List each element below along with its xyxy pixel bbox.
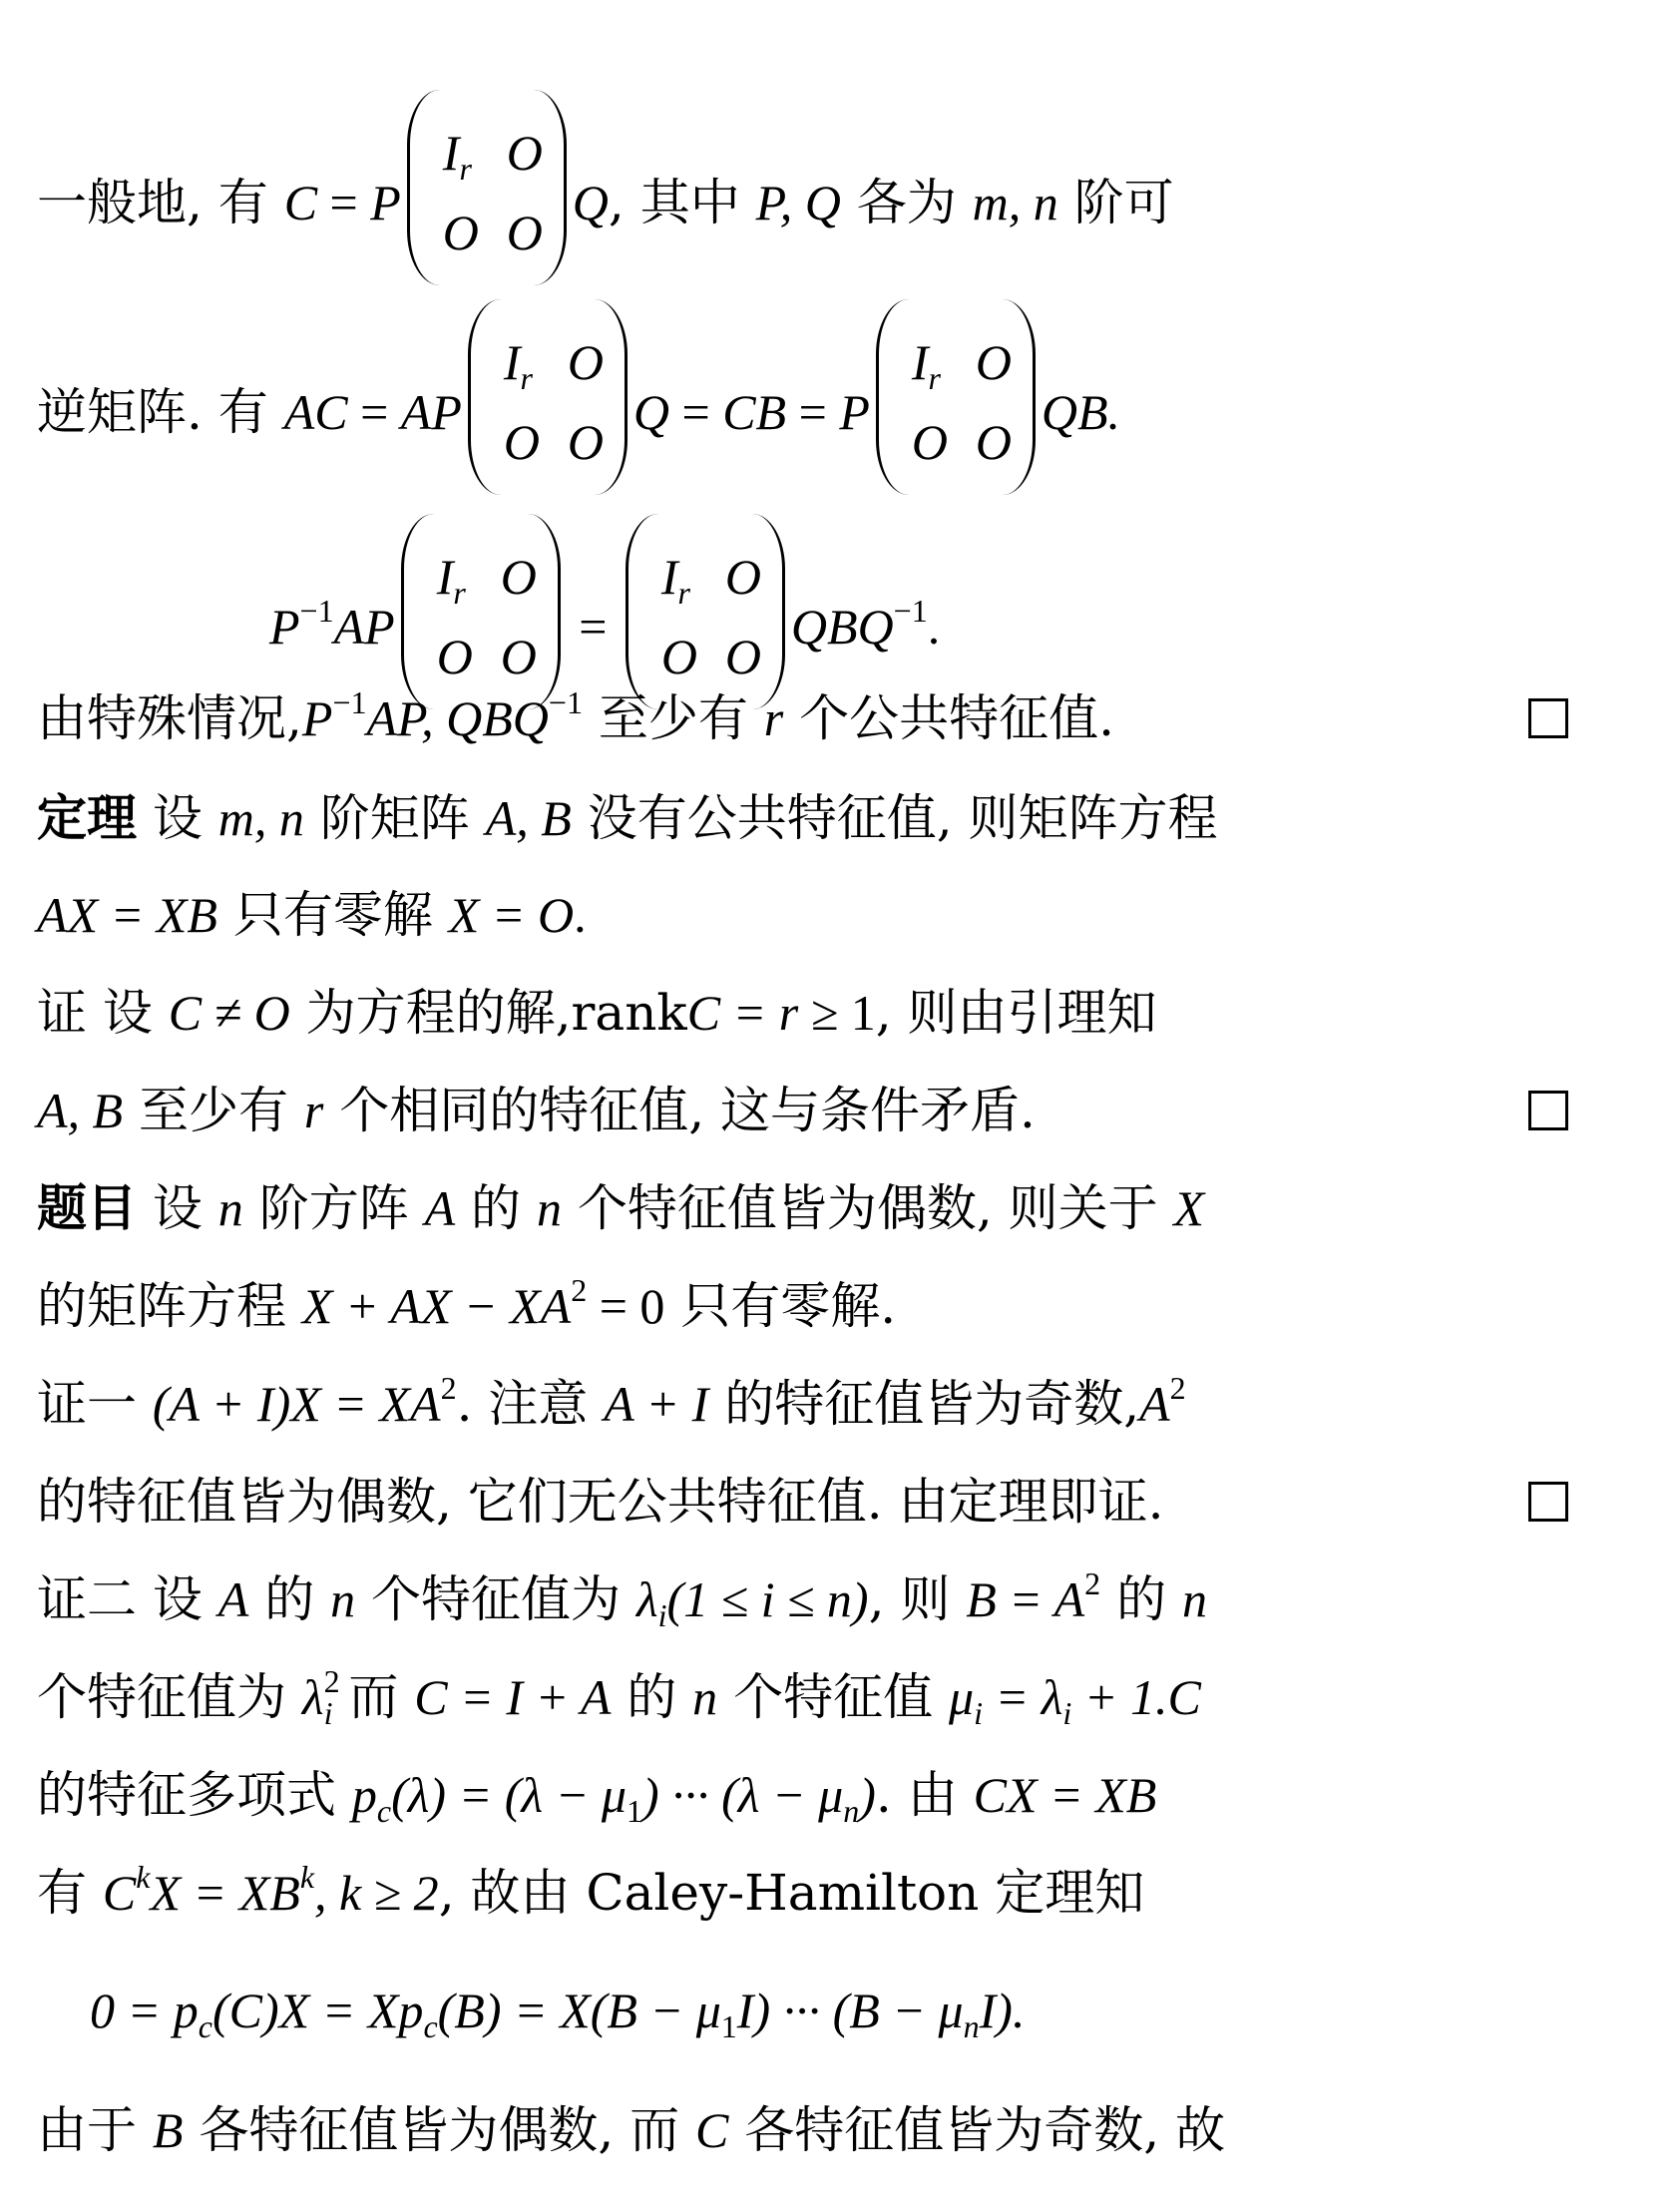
text: 只有零解: [217, 886, 449, 944]
text: 由特殊情况,: [37, 689, 302, 747]
math: AP: [401, 384, 462, 440]
math: A: [218, 1571, 249, 1627]
math: C = I + A: [414, 1669, 611, 1725]
text: .: [574, 887, 587, 943]
math: P: [839, 384, 870, 440]
math: n: [330, 1571, 355, 1627]
math: X = O: [449, 887, 574, 943]
math: C: [284, 175, 317, 230]
theorem-statement: 定理 设 m, n 阶矩阵 A, B 没有公共特征值, 则矩阵方程: [37, 788, 1217, 848]
math: X + AX − XA: [302, 1278, 571, 1334]
text: 的特征值皆为偶数, 它们无公共特征值. 由定理即证.: [37, 1473, 1163, 1531]
math: m, n: [218, 790, 304, 846]
proof-two-line-1: 证二 设 A 的 n 个特征值为 λi(1 ≤ i ≤ n), 则 B = A2…: [37, 1569, 1207, 1629]
text: 证 设: [37, 984, 169, 1042]
math: C: [103, 1865, 136, 1921]
math: −1: [332, 684, 366, 720]
math: =: [567, 599, 620, 655]
text: 设: [137, 1179, 218, 1237]
text: 的: [455, 1179, 537, 1237]
text: 由于: [37, 2101, 153, 2159]
matrix: IrOOO: [626, 514, 785, 713]
proof-one-line-1: 证一 (A + I)X = XA2. 注意 A + I 的特征值皆为奇数,A2: [37, 1374, 1186, 1434]
text: 的矩阵方程: [37, 1277, 302, 1335]
matrix-cell: Ir: [912, 337, 941, 387]
math: 2: [1170, 1370, 1186, 1406]
math: AX = XB: [37, 887, 217, 943]
math: CB: [722, 384, 786, 440]
proof-two-line-3: 的特征多项式 pc(λ) = (λ − μ1) ··· (λ − μn). 由 …: [37, 1765, 1156, 1825]
math: 2: [571, 1272, 587, 1308]
math: B = A: [966, 1571, 1084, 1627]
math: c: [199, 2008, 212, 2044]
math: p: [352, 1767, 377, 1823]
text: 的特征值皆为奇数,: [708, 1375, 1139, 1433]
proof-one-line-2: 的特征值皆为偶数, 它们无公共特征值. 由定理即证.: [37, 1472, 1163, 1532]
math: 1: [627, 1793, 642, 1829]
math: , k ≥ 2: [314, 1865, 439, 1921]
matrix: IrOOO: [407, 90, 567, 289]
left-paren: [468, 299, 501, 495]
text: 阶可: [1058, 174, 1174, 231]
text: 只有零解.: [664, 1277, 896, 1335]
math: A, B: [486, 790, 572, 846]
math: i: [974, 1695, 983, 1731]
text: 一般地, 有: [37, 174, 284, 231]
text: , 其中: [609, 174, 756, 231]
math: C ≠ O: [169, 985, 290, 1041]
math: 1: [851, 985, 876, 1041]
math: X = XB: [150, 1865, 299, 1921]
math: ) ··· (λ − μ: [642, 1767, 843, 1823]
text: 的: [248, 1570, 330, 1628]
math: P: [370, 175, 401, 230]
text: 证二 设: [37, 1570, 218, 1628]
math: .: [928, 599, 941, 655]
math: AC: [284, 384, 348, 440]
text: 的: [1100, 1570, 1182, 1628]
proof-line-2: A, B 至少有 r 个相同的特征值, 这与条件矛盾.: [37, 1081, 1036, 1140]
text-line-6: AX = XB 只有零解 X = O.: [37, 885, 587, 945]
display-equation-1: P−1APIrOOO = IrOOOQBQ−1.: [269, 514, 940, 713]
text: , 故由 Caley-Hamilton 定理知: [439, 1864, 1145, 1922]
text: 个特征值为: [37, 1668, 302, 1726]
text: 为方程的解,rank: [290, 984, 687, 1042]
matrix-cell: O: [437, 632, 473, 681]
matrix: IrOOO: [468, 299, 628, 499]
math: A: [425, 1180, 456, 1236]
math: AP: [334, 599, 395, 655]
math: μ: [949, 1669, 974, 1725]
math: n: [537, 1180, 562, 1236]
matrix: IrOOO: [876, 299, 1036, 499]
proof-two-line-5: 由于 B 各特征值皆为偶数, 而 C 各特征值皆为奇数, 故: [37, 2100, 1225, 2160]
display-equation-2: 0 = pc(C)X = Xpc(B) = X(B − μ1I) ··· (B …: [90, 1981, 1025, 2040]
math: −1: [894, 593, 928, 629]
math: 2: [1084, 1565, 1100, 1601]
qed-box-icon: [1528, 698, 1568, 738]
right-paren: [595, 299, 628, 495]
math: m, n: [973, 175, 1058, 230]
text: , 则: [869, 1570, 967, 1628]
text: 个特征值为: [355, 1570, 636, 1628]
left-paren: [407, 90, 440, 285]
math: Q: [633, 384, 669, 440]
matrix-cell: O: [443, 208, 479, 257]
left-paren: [626, 514, 658, 709]
math: B: [153, 2102, 184, 2158]
text: 而: [332, 1668, 414, 1726]
text-line-4: 由特殊情况,P−1AP, QBQ−1 至少有 r 个公共特征值.: [37, 688, 1114, 748]
qed-box-icon: [1528, 1091, 1568, 1130]
text: 设: [137, 789, 218, 847]
math: =: [317, 175, 370, 230]
left-paren: [876, 299, 909, 495]
math: 0 = p: [90, 1983, 199, 2038]
matrix-cell: Ir: [661, 552, 690, 602]
text: 各特征值皆为偶数, 而: [183, 2101, 695, 2159]
text: 各特征值皆为奇数, 故: [728, 2101, 1225, 2159]
matrix-cell: Ir: [437, 552, 466, 602]
math: =: [669, 384, 722, 440]
math: X: [1174, 1180, 1205, 1236]
matrix-cell: Ir: [443, 128, 472, 178]
text: 证一: [37, 1375, 153, 1433]
text: . 注意: [457, 1375, 605, 1433]
math: A + I: [604, 1376, 708, 1432]
text: , 则由引理知: [876, 984, 1157, 1042]
proof-two-line-2: 个特征值为 λ2i 而 C = I + A 的 n 个特征值 μi = λi +…: [37, 1667, 1201, 1727]
math: λ: [302, 1669, 324, 1725]
math: P, Q: [756, 175, 841, 230]
math: k: [300, 1859, 314, 1895]
math: −1: [549, 684, 583, 720]
math: Q: [573, 175, 609, 230]
text: 至少有: [583, 689, 764, 747]
problem-statement: 题目 设 n 阶方阵 A 的 n 个特征值皆为偶数, 则关于 X: [37, 1178, 1204, 1238]
math: r: [304, 1083, 323, 1138]
math: n: [1182, 1571, 1207, 1627]
math: QBQ: [791, 599, 894, 655]
math: −1: [300, 593, 334, 629]
math: C = r ≥: [687, 985, 851, 1041]
matrix-cell: O: [504, 417, 540, 467]
text: 个相同的特征值, 这与条件矛盾.: [323, 1082, 1036, 1139]
math: n: [218, 1180, 243, 1236]
math: P: [269, 599, 300, 655]
text: 阶矩阵: [304, 789, 486, 847]
math: + 1.C: [1071, 1669, 1201, 1725]
math: r: [764, 690, 783, 746]
math: (1 ≤ i ≤ n): [666, 1571, 868, 1627]
text: 阶方阵: [243, 1179, 425, 1237]
text: 有: [37, 1864, 103, 1922]
math: A: [1139, 1376, 1170, 1432]
right-paren: [528, 514, 561, 709]
math: (λ) = (λ − μ: [391, 1767, 627, 1823]
text: 的特征多项式: [37, 1766, 352, 1824]
math: A, B: [37, 1083, 123, 1138]
math: 2: [441, 1370, 457, 1406]
text-line-1: 一般地, 有 C = PIrOOOQ, 其中 P, Q 各为 m, n 阶可: [37, 90, 1174, 289]
text: 逆矩阵. 有: [37, 383, 284, 441]
math: I).: [980, 1983, 1026, 2038]
left-paren: [401, 514, 434, 709]
math: = 0: [587, 1278, 664, 1334]
math: c: [423, 2008, 437, 2044]
math: CX = XB: [974, 1767, 1157, 1823]
text: 个特征值: [717, 1668, 949, 1726]
math: C: [695, 2102, 728, 2158]
text: 的: [611, 1668, 692, 1726]
qed-box-icon: [1528, 1482, 1568, 1522]
math: n: [692, 1669, 717, 1725]
math: QB.: [1042, 384, 1120, 440]
text: 至少有: [123, 1082, 304, 1139]
proof-two-line-4: 有 CkX = XBk, k ≥ 2, 故由 Caley-Hamilton 定理…: [37, 1863, 1144, 1923]
math: = λ: [983, 1669, 1062, 1725]
math: P: [302, 690, 333, 746]
math: λ: [636, 1571, 658, 1627]
text: . 由: [876, 1766, 974, 1824]
problem-label: 题目: [37, 1179, 137, 1237]
matrix-cell: O: [661, 632, 697, 681]
text: 各为: [841, 174, 973, 231]
math: c: [377, 1793, 391, 1829]
math: n: [964, 2008, 980, 2044]
math: n: [843, 1793, 859, 1829]
right-paren: [1003, 299, 1036, 495]
math: =: [786, 384, 839, 440]
text-line-2: 逆矩阵. 有 AC = APIrOOOQ = CB = PIrOOOQB.: [37, 299, 1120, 499]
math: 1: [721, 2008, 737, 2044]
math: (A + I)X = XA: [153, 1376, 441, 1432]
right-paren: [534, 90, 567, 285]
matrix: IrOOO: [401, 514, 561, 713]
math: (B) = X(B − μ: [438, 1983, 721, 2038]
text: 没有公共特征值, 则矩阵方程: [572, 789, 1218, 847]
math: AP, QBQ: [367, 690, 549, 746]
right-paren: [752, 514, 785, 709]
math: i: [1062, 1695, 1071, 1731]
math: ): [859, 1767, 876, 1823]
math: k: [136, 1859, 150, 1895]
matrix-cell: O: [912, 417, 948, 467]
matrix-cell: Ir: [504, 337, 533, 387]
math: I) ··· (B − μ: [737, 1983, 964, 2038]
math: =: [348, 384, 401, 440]
text: 个公共特征值.: [783, 689, 1114, 747]
text: 个特征值皆为偶数, 则关于: [562, 1179, 1174, 1237]
proof-line-1: 证 设 C ≠ O 为方程的解,rankC = r ≥ 1, 则由引理知: [37, 983, 1157, 1043]
theorem-label: 定理: [37, 789, 137, 847]
math: (C)X = Xp: [212, 1983, 423, 2038]
text-line-10: 的矩阵方程 X + AX − XA2 = 0 只有零解.: [37, 1276, 896, 1336]
